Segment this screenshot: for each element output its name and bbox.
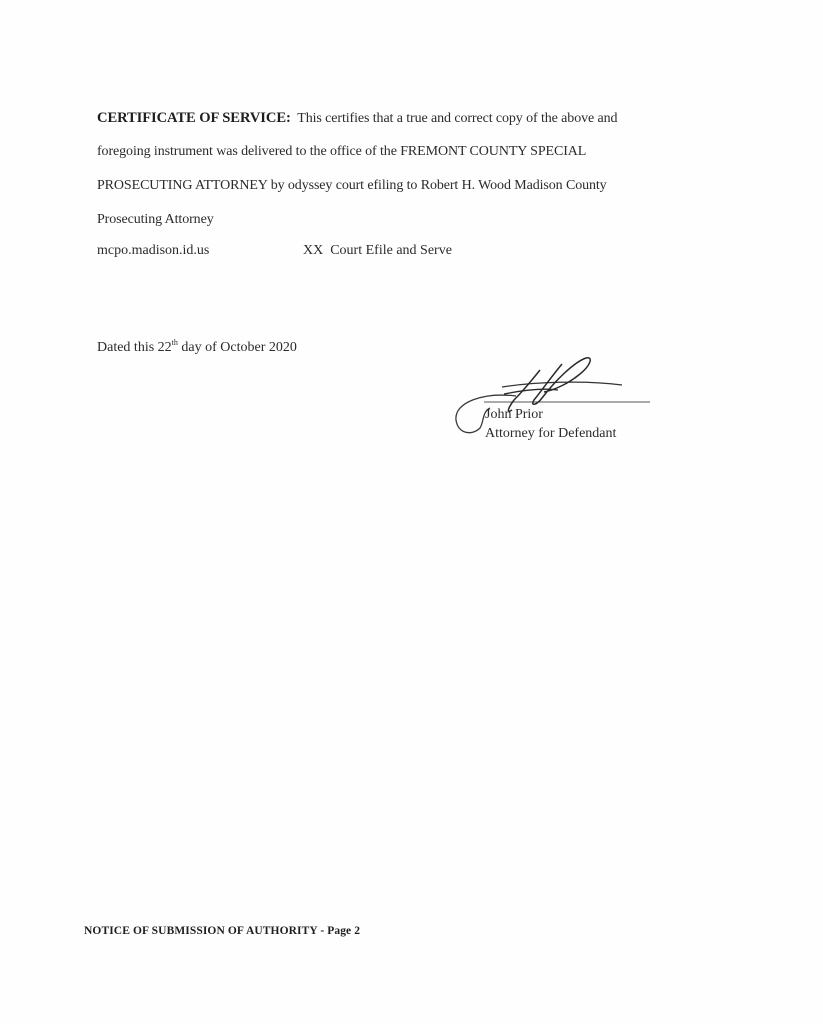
signer-name: John Prior bbox=[485, 407, 543, 423]
page-footer: NOTICE OF SUBMISSION OF AUTHORITY - Page… bbox=[84, 925, 360, 937]
certificate-line-1-text: This certifies that a true and correct c… bbox=[297, 111, 617, 126]
service-row: mcpo.madison.id.us XX Court Efile and Se… bbox=[97, 243, 209, 259]
dated-prefix: Dated this 22 bbox=[97, 340, 172, 355]
document-page: CERTIFICATE OF SERVICE: This certifies t… bbox=[0, 0, 823, 1024]
certificate-line-2: foregoing instrument was delivered to th… bbox=[97, 135, 737, 169]
certificate-of-service: CERTIFICATE OF SERVICE: This certifies t… bbox=[97, 101, 737, 237]
certificate-heading: CERTIFICATE OF SERVICE: bbox=[97, 110, 291, 126]
signature-block: John Prior Attorney for Defendant bbox=[444, 352, 664, 452]
service-method: XX Court Efile and Serve bbox=[303, 243, 452, 259]
dated-line: Dated this 22th day of October 2020 bbox=[97, 340, 297, 356]
dated-suffix: day of October 2020 bbox=[178, 340, 297, 355]
signer-title: Attorney for Defendant bbox=[485, 426, 616, 442]
service-email: mcpo.madison.id.us bbox=[97, 243, 209, 258]
certificate-line-4: Prosecuting Attorney bbox=[97, 203, 737, 237]
certificate-line-3: PROSECUTING ATTORNEY by odyssey court ef… bbox=[97, 169, 737, 203]
certificate-line-1: CERTIFICATE OF SERVICE: This certifies t… bbox=[97, 101, 737, 135]
